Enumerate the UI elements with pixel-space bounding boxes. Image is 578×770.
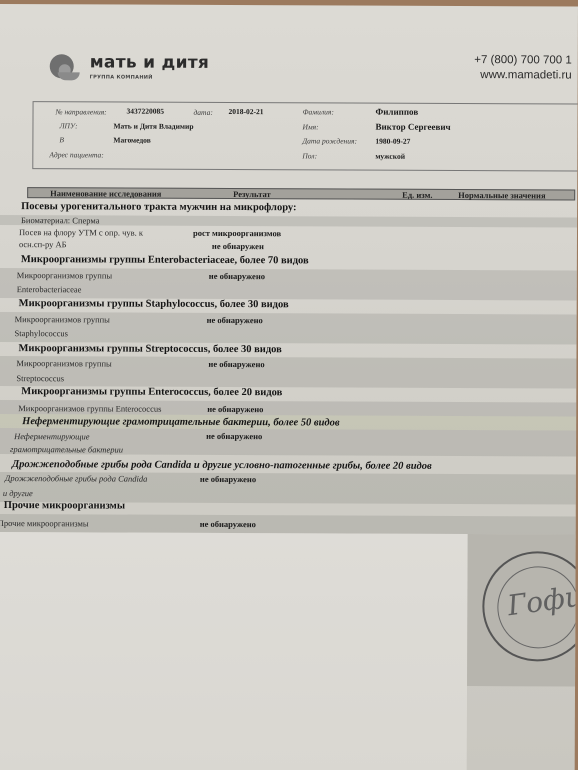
address-label: Адрес пациента:	[49, 150, 103, 159]
test-result: не обнаружено	[207, 315, 263, 325]
name-value: Виктор Сергеевич	[375, 122, 450, 132]
referral-date: 2018-02-21	[229, 107, 264, 116]
test-name: Микроорганизмов группы Enterococcus	[18, 402, 161, 415]
test-name-cont: осн.сп-ру АБ	[19, 238, 67, 250]
phone-number: +7 (800) 700 700 1	[474, 53, 572, 68]
birthdate-label: Дата рождения:	[302, 136, 357, 145]
section-title: Посевы урогенитального тракта мужчин на …	[21, 201, 296, 213]
test-name: Биоматериал: Сперма	[21, 214, 100, 226]
test-name: Прочие микроорганизмы	[0, 517, 89, 529]
patient-info-box: № направления: 3437220085 дата: 2018-02-…	[32, 101, 578, 171]
test-result: не обнаружен	[212, 241, 264, 251]
brand-name: мать и дитя	[90, 53, 210, 72]
test-name: Дрожжеподобные грибы рода Candida	[5, 472, 148, 485]
referral-label: № направления:	[56, 107, 107, 116]
surname-label: Фамилия:	[303, 107, 334, 116]
section-title: Микроорганизмы группы Staphylococcus, бо…	[19, 298, 289, 310]
contacts: +7 (800) 700 700 1 www.mamadeti.ru	[474, 53, 572, 83]
results-table-header: Наименование исследования Результат Ед. …	[27, 187, 575, 200]
sex-value: мужской	[375, 152, 405, 161]
lab-report-page: мать и дитя ГРУППА КОМПАНИЙ +7 (800) 700…	[0, 4, 578, 770]
clinic-name: Мать и Дитя Владимир	[113, 121, 193, 130]
test-result: рост микроорганизмов	[193, 228, 281, 238]
section-title: Микроорганизмы группы Enterobacteriaceae…	[21, 254, 309, 266]
sex-label: Пол:	[302, 151, 317, 160]
column-result: Результат	[233, 189, 271, 199]
test-name-cont: Enterobacteriaceae	[17, 283, 82, 295]
section-title: Неферментирующие грамотрицательные бакте…	[22, 416, 339, 428]
column-test-name: Наименование исследования	[50, 188, 161, 198]
section-title: Микроорганизмы группы Streptococcus, бол…	[18, 343, 281, 355]
blank-area	[0, 532, 468, 770]
brand-logo: мать и дитя ГРУППА КОМПАНИЙ	[50, 52, 210, 81]
test-name: Микроорганизмов группы	[15, 313, 110, 325]
name-label: Имя:	[302, 122, 318, 131]
test-name-cont: Streptococcus	[16, 372, 64, 384]
section-title: Прочие микроорганизмы	[4, 500, 125, 512]
test-name-cont: и другие	[3, 487, 33, 499]
doctor-label: В	[59, 135, 64, 144]
test-result: не обнаружено	[200, 474, 256, 484]
mother-child-logo-icon	[50, 52, 80, 80]
test-name-cont: Staphylococcus	[15, 327, 68, 339]
test-name: Посев на флору УТМ с опр. чув. к	[19, 226, 143, 239]
website-link: www.mamadeti.ru	[474, 68, 572, 83]
test-name: Микроорганизмов группы	[17, 269, 112, 281]
test-result: не обнаружено	[206, 431, 262, 441]
date-label: дата:	[194, 108, 213, 117]
column-normal-values: Нормальные значения	[458, 190, 545, 200]
test-name: Неферментирующие	[14, 430, 90, 442]
test-result: не обнаружено	[207, 404, 263, 414]
test-result: не обнаружено	[208, 359, 264, 369]
test-result: не обнаружено	[209, 271, 265, 281]
section-title: Дрожжеподобные грибы рода Candida и друг…	[12, 459, 432, 472]
column-units: Ед. изм.	[402, 190, 432, 200]
clinic-label: ЛПУ:	[59, 121, 77, 130]
section-title: Микроорганизмы группы Enterococcus, боле…	[21, 386, 282, 398]
doctor-name: Магомедов	[113, 135, 150, 144]
birthdate-value: 1980-09-27	[375, 137, 410, 146]
test-result: не обнаружено	[200, 519, 256, 529]
test-name-cont: грамотрицательные бактерии	[10, 443, 123, 455]
test-name: Микроорганизмов группы	[16, 357, 111, 369]
surname-value: Филиппов	[376, 107, 419, 117]
referral-number: 3437220085	[127, 107, 165, 116]
brand-subtitle: ГРУППА КОМПАНИЙ	[90, 74, 209, 81]
